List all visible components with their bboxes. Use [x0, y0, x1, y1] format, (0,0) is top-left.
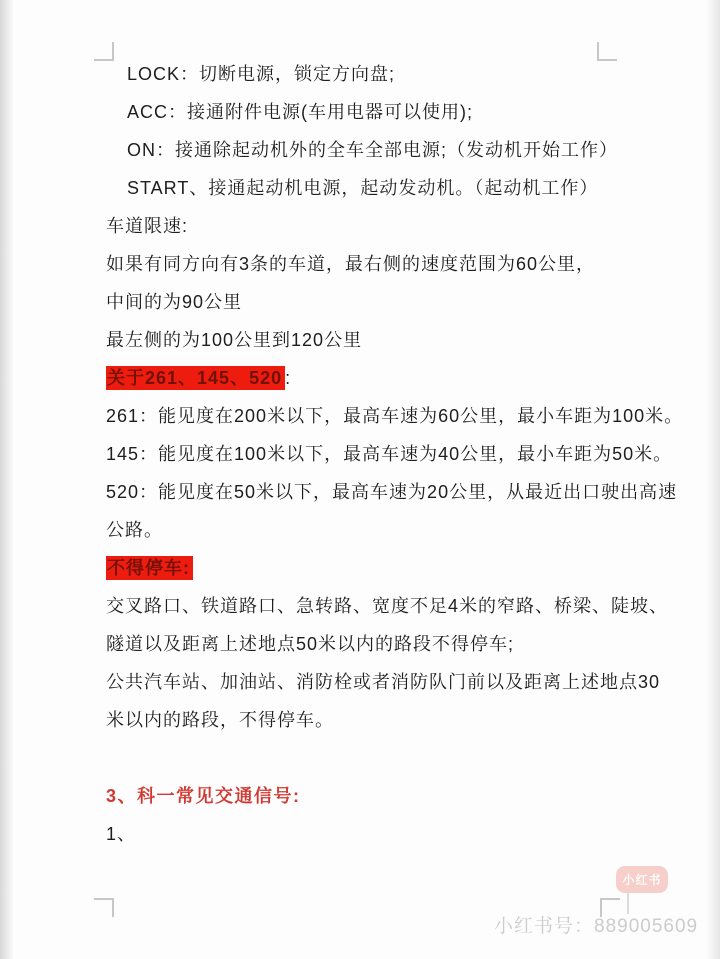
text-line: 261：能见度在200米以下，最高车速为60公里，最小车距为100米。 — [106, 405, 666, 427]
text-line: 最左侧的为100公里到120公里 — [106, 329, 666, 351]
document-lines: LOCK：切断电源，锁定方向盘;ACC：接通附件电源(车用电器可以使用);ON：… — [106, 63, 666, 861]
page-edge-shade-right — [706, 0, 720, 959]
text-line: 公共汽车站、加油站、消防栓或者消防队门前以及距离上述地点30 — [106, 671, 666, 693]
text-line: 米以内的路段，不得停车。 — [106, 709, 666, 731]
page-corner-mark-top-left — [94, 42, 114, 61]
watermark-account-text: 小红书号：889005609 — [494, 911, 698, 938]
text-line: 交叉路口、铁道路口、急转路、宽度不足4米的窄路、桥梁、陡坡、 — [106, 595, 666, 617]
text-line: ACC：接通附件电源(车用电器可以使用); — [106, 101, 666, 123]
document-page: { "colors": { "body_text": "#1e1e1e", "h… — [0, 0, 720, 959]
red-highlighted-text: 不得停车: — [106, 556, 193, 580]
text-line: 隧道以及距离上述地点50米以内的路段不得停车; — [106, 633, 666, 655]
text-line: 公路。 — [106, 519, 666, 541]
text-line: 不得停车: — [106, 557, 666, 579]
page-corner-mark-top-right — [597, 42, 617, 61]
highlight-suffix-text: : — [285, 368, 291, 388]
text-line: LOCK：切断电源，锁定方向盘; — [106, 63, 666, 85]
page-edge-shade-left — [0, 0, 14, 959]
text-line: 520：能见度在50米以下，最高车速为20公里，从最近出口驶出高速 — [106, 481, 666, 503]
xiaohongshu-logo-badge: 小红书 — [616, 866, 668, 893]
text-line: ON：接通除起动机外的全车全部电源;（发动机开始工作） — [106, 139, 666, 161]
blank-line — [106, 747, 666, 769]
red-highlighted-text: 关于261、145、520 — [106, 366, 285, 390]
text-line: 1、 — [106, 823, 666, 845]
text-line: 中间的为90公里 — [106, 291, 666, 313]
text-line: 关于261、145、520: — [106, 367, 666, 389]
text-line: 如果有同方向有3条的车道，最右侧的速度范围为60公里， — [106, 253, 666, 275]
text-line: START、接通起动机电源，起动发动机。（起动机工作） — [106, 177, 666, 199]
page-corner-mark-bottom-left — [94, 898, 114, 917]
text-line: 车道限速: — [106, 215, 666, 237]
text-line: 3、科一常见交通信号: — [106, 785, 666, 807]
text-line: 145：能见度在100米以下，最高车速为40公里，最小车距为50米。 — [106, 443, 666, 465]
xiaohongshu-logo-label: 小红书 — [622, 871, 661, 888]
